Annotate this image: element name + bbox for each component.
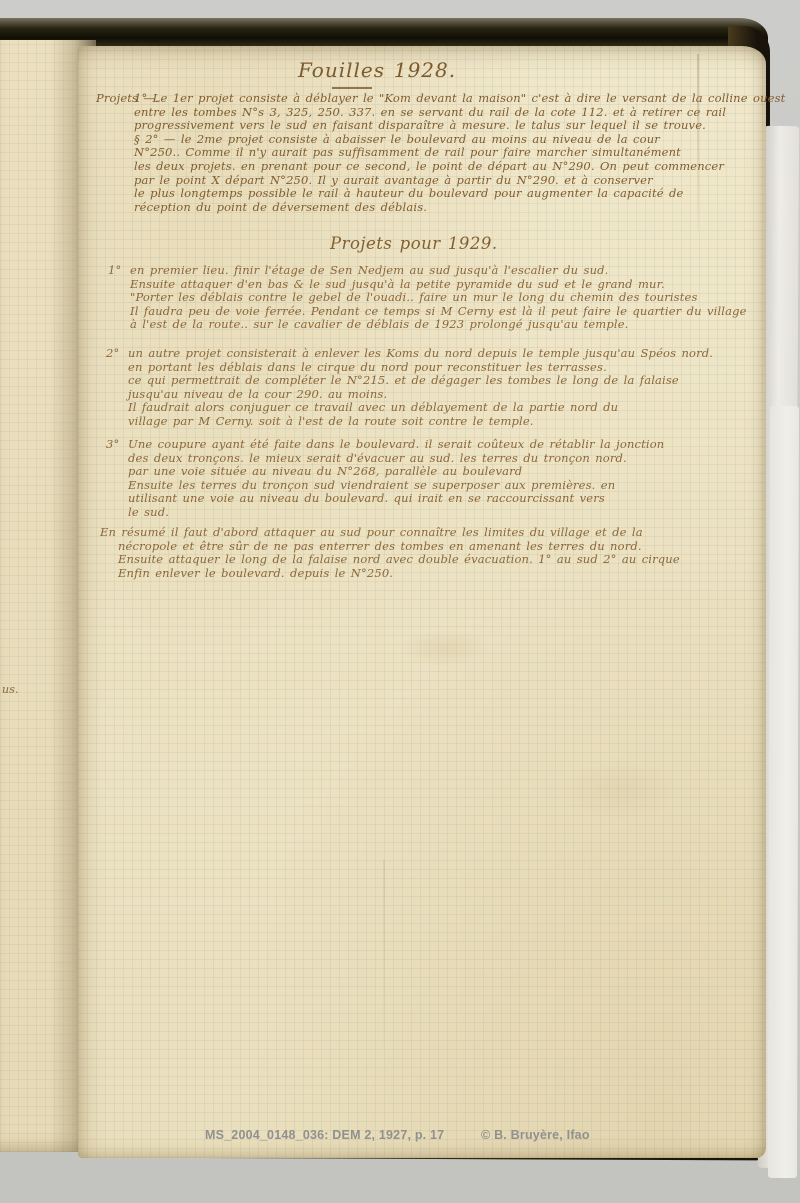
handwritten-line: ce qui permettrait de compléter le N°215… bbox=[106, 374, 713, 388]
handwritten-line: N°250.. Comme il n'y aurait pas suffisam… bbox=[96, 146, 785, 160]
caption-manuscript-id: MS_2004_0148_036: DEM 2, 1927, p. 17 bbox=[205, 1128, 444, 1142]
item-1929-1: 1° en premier lieu. finir l'étage de Sen… bbox=[108, 264, 747, 332]
margin-label-projets: Projets —. bbox=[96, 92, 159, 106]
caption-copyright: © B. Bruyère, Ifao bbox=[481, 1128, 590, 1142]
handwritten-line: Enfin enlever le boulevard. depuis le N°… bbox=[100, 567, 680, 581]
handwritten-line: le plus longtemps possible le rail à hau… bbox=[96, 187, 785, 201]
title-word: Fouilles bbox=[298, 58, 385, 82]
handwritten-line: les deux projets. en prenant pour ce sec… bbox=[96, 160, 785, 174]
handwritten-line: en portant les déblais dans le cirque du… bbox=[106, 361, 713, 375]
handwritten-line: Une coupure ayant été faite dans le boul… bbox=[106, 438, 664, 452]
handwritten-line: Il faudrait alors conjuguer ce travail a… bbox=[106, 401, 713, 415]
handwritten-line: par une voie située au niveau du N°268, … bbox=[106, 465, 664, 479]
margin-fragment: us. bbox=[2, 683, 19, 696]
handwritten-line: "Porter les déblais contre le gebel de l… bbox=[108, 291, 747, 305]
handwritten-line: Ensuite les terres du tronçon sud viendr… bbox=[106, 479, 664, 493]
paragraph-resume: En résumé il faut d'abord attaquer au su… bbox=[100, 526, 680, 580]
handwritten-line: entre les tombes N°s 3, 325, 250. 337. e… bbox=[96, 106, 785, 120]
handwritten-line: nécropole et être sûr de ne pas enterrer… bbox=[100, 540, 680, 554]
handwritten-line: Il faudra peu de voie ferrée. Pendant ce… bbox=[108, 305, 747, 319]
handwritten-line: des deux tronçons. le mieux serait d'éva… bbox=[106, 452, 664, 466]
handwritten-line: Ensuite attaquer d'en bas & le sud jusqu… bbox=[108, 278, 747, 292]
handwritten-line: à l'est de la route.. sur le cavalier de… bbox=[108, 318, 747, 332]
handwritten-line: un autre projet consisterait à enlever l… bbox=[106, 347, 713, 361]
handwritten-line: le sud. bbox=[106, 506, 664, 520]
handwritten-line: En résumé il faut d'abord attaquer au su… bbox=[100, 526, 680, 540]
handwritten-line: 1° Le 1er projet consiste à déblayer le … bbox=[96, 92, 785, 106]
handwritten-line: village par M Cerny. soit à l'est de la … bbox=[106, 415, 713, 429]
handwritten-line: § 2° — le 2me projet consiste à abaisser… bbox=[96, 133, 785, 147]
item-1929-2: 2° un autre projet consisterait à enleve… bbox=[106, 347, 713, 429]
section-heading-1929: Projets pour 1929. bbox=[330, 234, 498, 253]
handwritten-line: Ensuite attaquer le long de la falaise n… bbox=[100, 553, 680, 567]
handwritten-line: progressivement vers le sud en faisant d… bbox=[96, 119, 785, 133]
title-year: 1928. bbox=[394, 58, 456, 82]
handwritten-line: par le point X départ N°250. Il y aurait… bbox=[96, 174, 785, 188]
loose-sheet-edge-2 bbox=[768, 406, 799, 1178]
item-marker: 2° bbox=[106, 347, 119, 361]
handwritten-line: jusqu'au niveau de la cour 290. au moins… bbox=[106, 388, 713, 402]
item-1929-3: 3° Une coupure ayant été faite dans le b… bbox=[106, 438, 664, 520]
item-marker: 3° bbox=[106, 438, 119, 452]
handwritten-line: utilisant une voie au niveau du boulevar… bbox=[106, 492, 664, 506]
paragraph-projets-1928: Projets —. 1° Le 1er projet consiste à d… bbox=[96, 92, 785, 214]
paper-stain bbox=[400, 630, 490, 666]
item-marker: 1° bbox=[108, 264, 121, 278]
paper-stain bbox=[560, 760, 680, 820]
handwritten-line: réception du point de déversement des dé… bbox=[96, 201, 785, 215]
title-underline bbox=[332, 87, 372, 89]
paper-crease bbox=[383, 860, 385, 1050]
archival-caption: MS_2004_0148_036: DEM 2, 1927, p. 17 © B… bbox=[0, 1128, 800, 1148]
page-title: Fouilles 1928. bbox=[298, 58, 456, 82]
handwritten-line: en premier lieu. finir l'étage de Sen Ne… bbox=[108, 264, 747, 278]
